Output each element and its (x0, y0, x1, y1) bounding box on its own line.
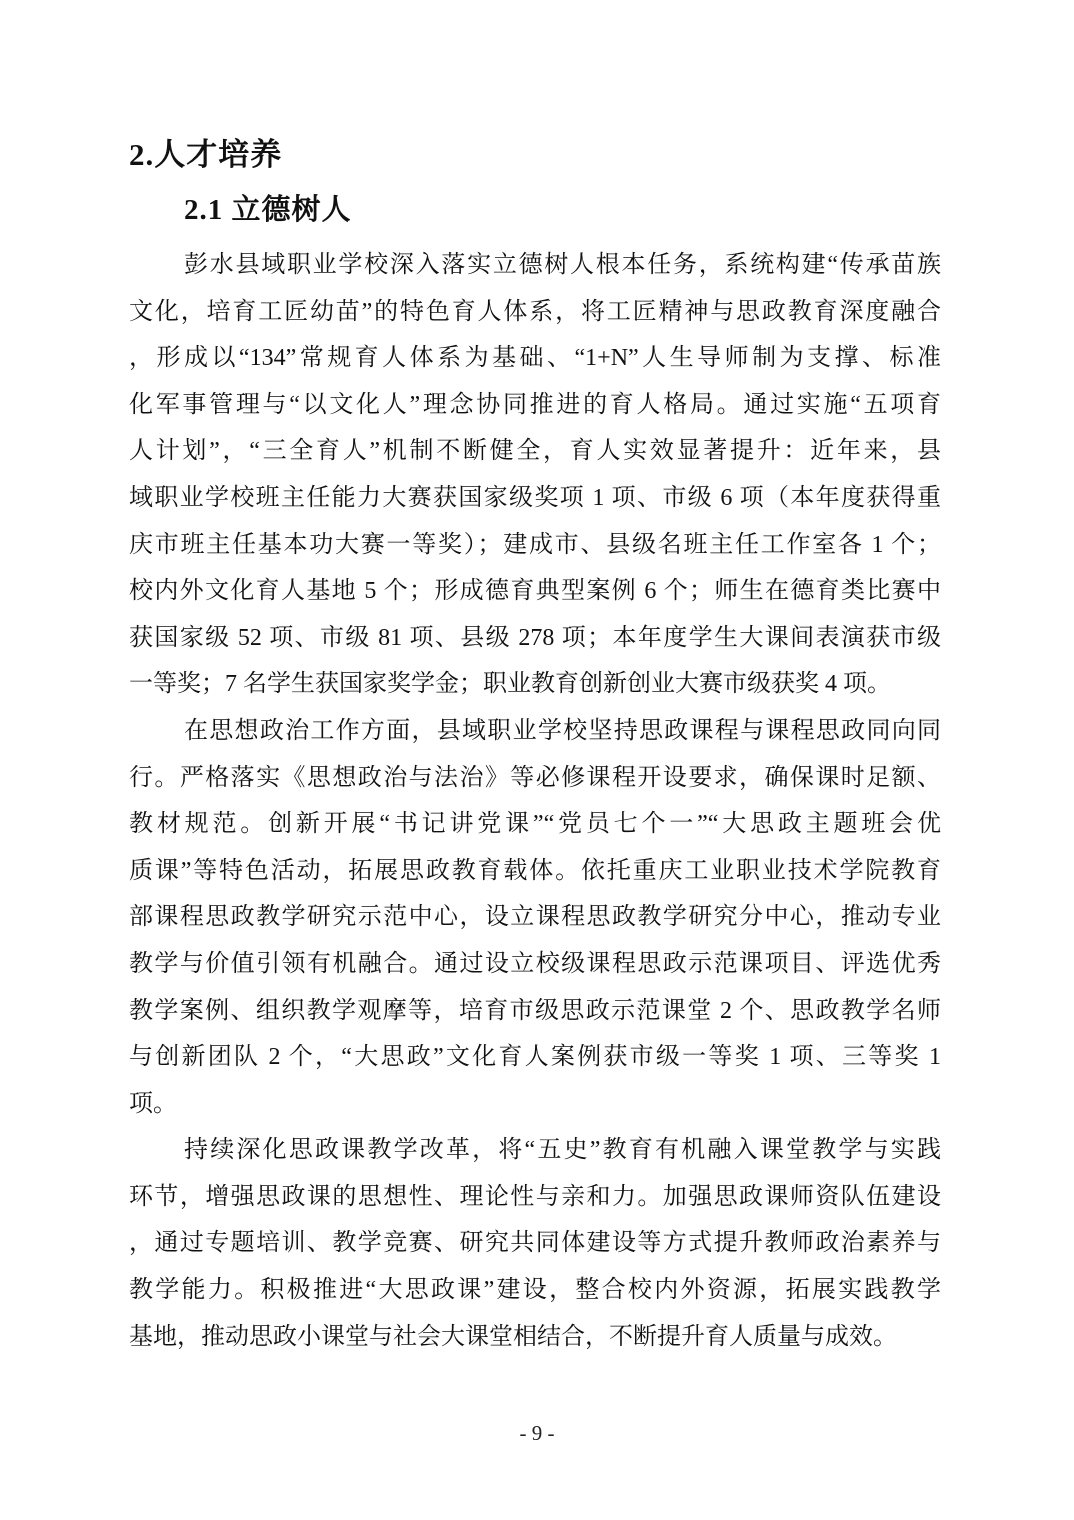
text-line: 教学案例、组织教学观摩等，培育市级思政示范课堂 2 个、思政教学名师 (129, 988, 941, 1035)
text-line: 教学与价值引领有机融合。通过设立校级课程思政示范课项目、评选优秀 (129, 941, 941, 988)
text-line: 教学能力。积极推进“大思政课”建设，整合校内外资源，拓展实践教学 (129, 1267, 941, 1314)
chapter-heading: 2.人才培养 (129, 136, 941, 174)
text-line: 一等奖；7 名学生获国家奖学金；职业教育创新创业大赛市级获奖 4 项。 (129, 661, 941, 708)
text-line: 与创新团队 2 个，“大思政”文化育人案例获市级一等奖 1 项、三等奖 1 (129, 1034, 941, 1081)
text-line: 行。严格落实《思想政治与法治》等必修课程开设要求，确保课时足额、 (129, 755, 941, 802)
text-line: 彭水县域职业学校深入落实立德树人根本任务，系统构建“传承苗族 (129, 242, 941, 289)
document-page: 2.人才培养 2.1 立德树人 彭水县域职业学校深入落实立德树人根本任务，系统构… (0, 0, 1074, 1520)
text-line: 部课程思政教学研究示范中心，设立课程思政教学研究分中心，推动专业 (129, 894, 941, 941)
paragraph: 持续深化思政课教学改革，将“五史”教育有机融入课堂教学与实践环节，增强思政课的思… (129, 1127, 941, 1360)
text-line: 化军事管理与“以文化人”理念协同推进的育人格局。通过实施“五项育 (129, 382, 941, 429)
text-line: 域职业学校班主任能力大赛获国家级奖项 1 项、市级 6 项（本年度获得重 (129, 475, 941, 522)
text-line: 质课”等特色活动，拓展思政教育载体。依托重庆工业职业技术学院教育 (129, 848, 941, 895)
text-line: 庆市班主任基本功大赛一等奖）；建成市、县级名班主任工作室各 1 个； (129, 522, 941, 569)
paragraph: 彭水县域职业学校深入落实立德树人根本任务，系统构建“传承苗族文化，培育工匠幼苗”… (129, 242, 941, 708)
section-heading: 2.1 立德树人 (129, 192, 941, 228)
text-line: 教材规范。创新开展“书记讲党课”“党员七个一”“大思政主题班会优 (129, 801, 941, 848)
text-line: 文化，培育工匠幼苗”的特色育人体系，将工匠精神与思政教育深度融合 (129, 289, 941, 336)
page-content: 2.人才培养 2.1 立德树人 彭水县域职业学校深入落实立德树人根本任务，系统构… (129, 136, 941, 1360)
text-line: 校内外文化育人基地 5 个；形成德育典型案例 6 个；师生在德育类比赛中 (129, 568, 941, 615)
text-line: 在思想政治工作方面，县域职业学校坚持思政课程与课程思政同向同 (129, 708, 941, 755)
paragraph: 在思想政治工作方面，县域职业学校坚持思政课程与课程思政同向同行。严格落实《思想政… (129, 708, 941, 1127)
page-number: - 9 - (0, 1418, 1074, 1448)
text-line: 项。 (129, 1081, 941, 1128)
text-line: 持续深化思政课教学改革，将“五史”教育有机融入课堂教学与实践 (129, 1127, 941, 1174)
text-line: 人计划”，“三全育人”机制不断健全，育人实效显著提升：近年来，县 (129, 428, 941, 475)
text-line: ，形成以“134”常规育人体系为基础、“1+N”人生导师制为支撑、标准 (129, 335, 941, 382)
text-line: 环节，增强思政课的思想性、理论性与亲和力。加强思政课师资队伍建设 (129, 1174, 941, 1221)
text-line: ，通过专题培训、教学竞赛、研究共同体建设等方式提升教师政治素养与 (129, 1220, 941, 1267)
text-line: 获国家级 52 项、市级 81 项、县级 278 项；本年度学生大课间表演获市级 (129, 615, 941, 662)
text-line: 基地，推动思政小课堂与社会大课堂相结合，不断提升育人质量与成效。 (129, 1314, 941, 1361)
body-paragraphs: 彭水县域职业学校深入落实立德树人根本任务，系统构建“传承苗族文化，培育工匠幼苗”… (129, 242, 941, 1360)
